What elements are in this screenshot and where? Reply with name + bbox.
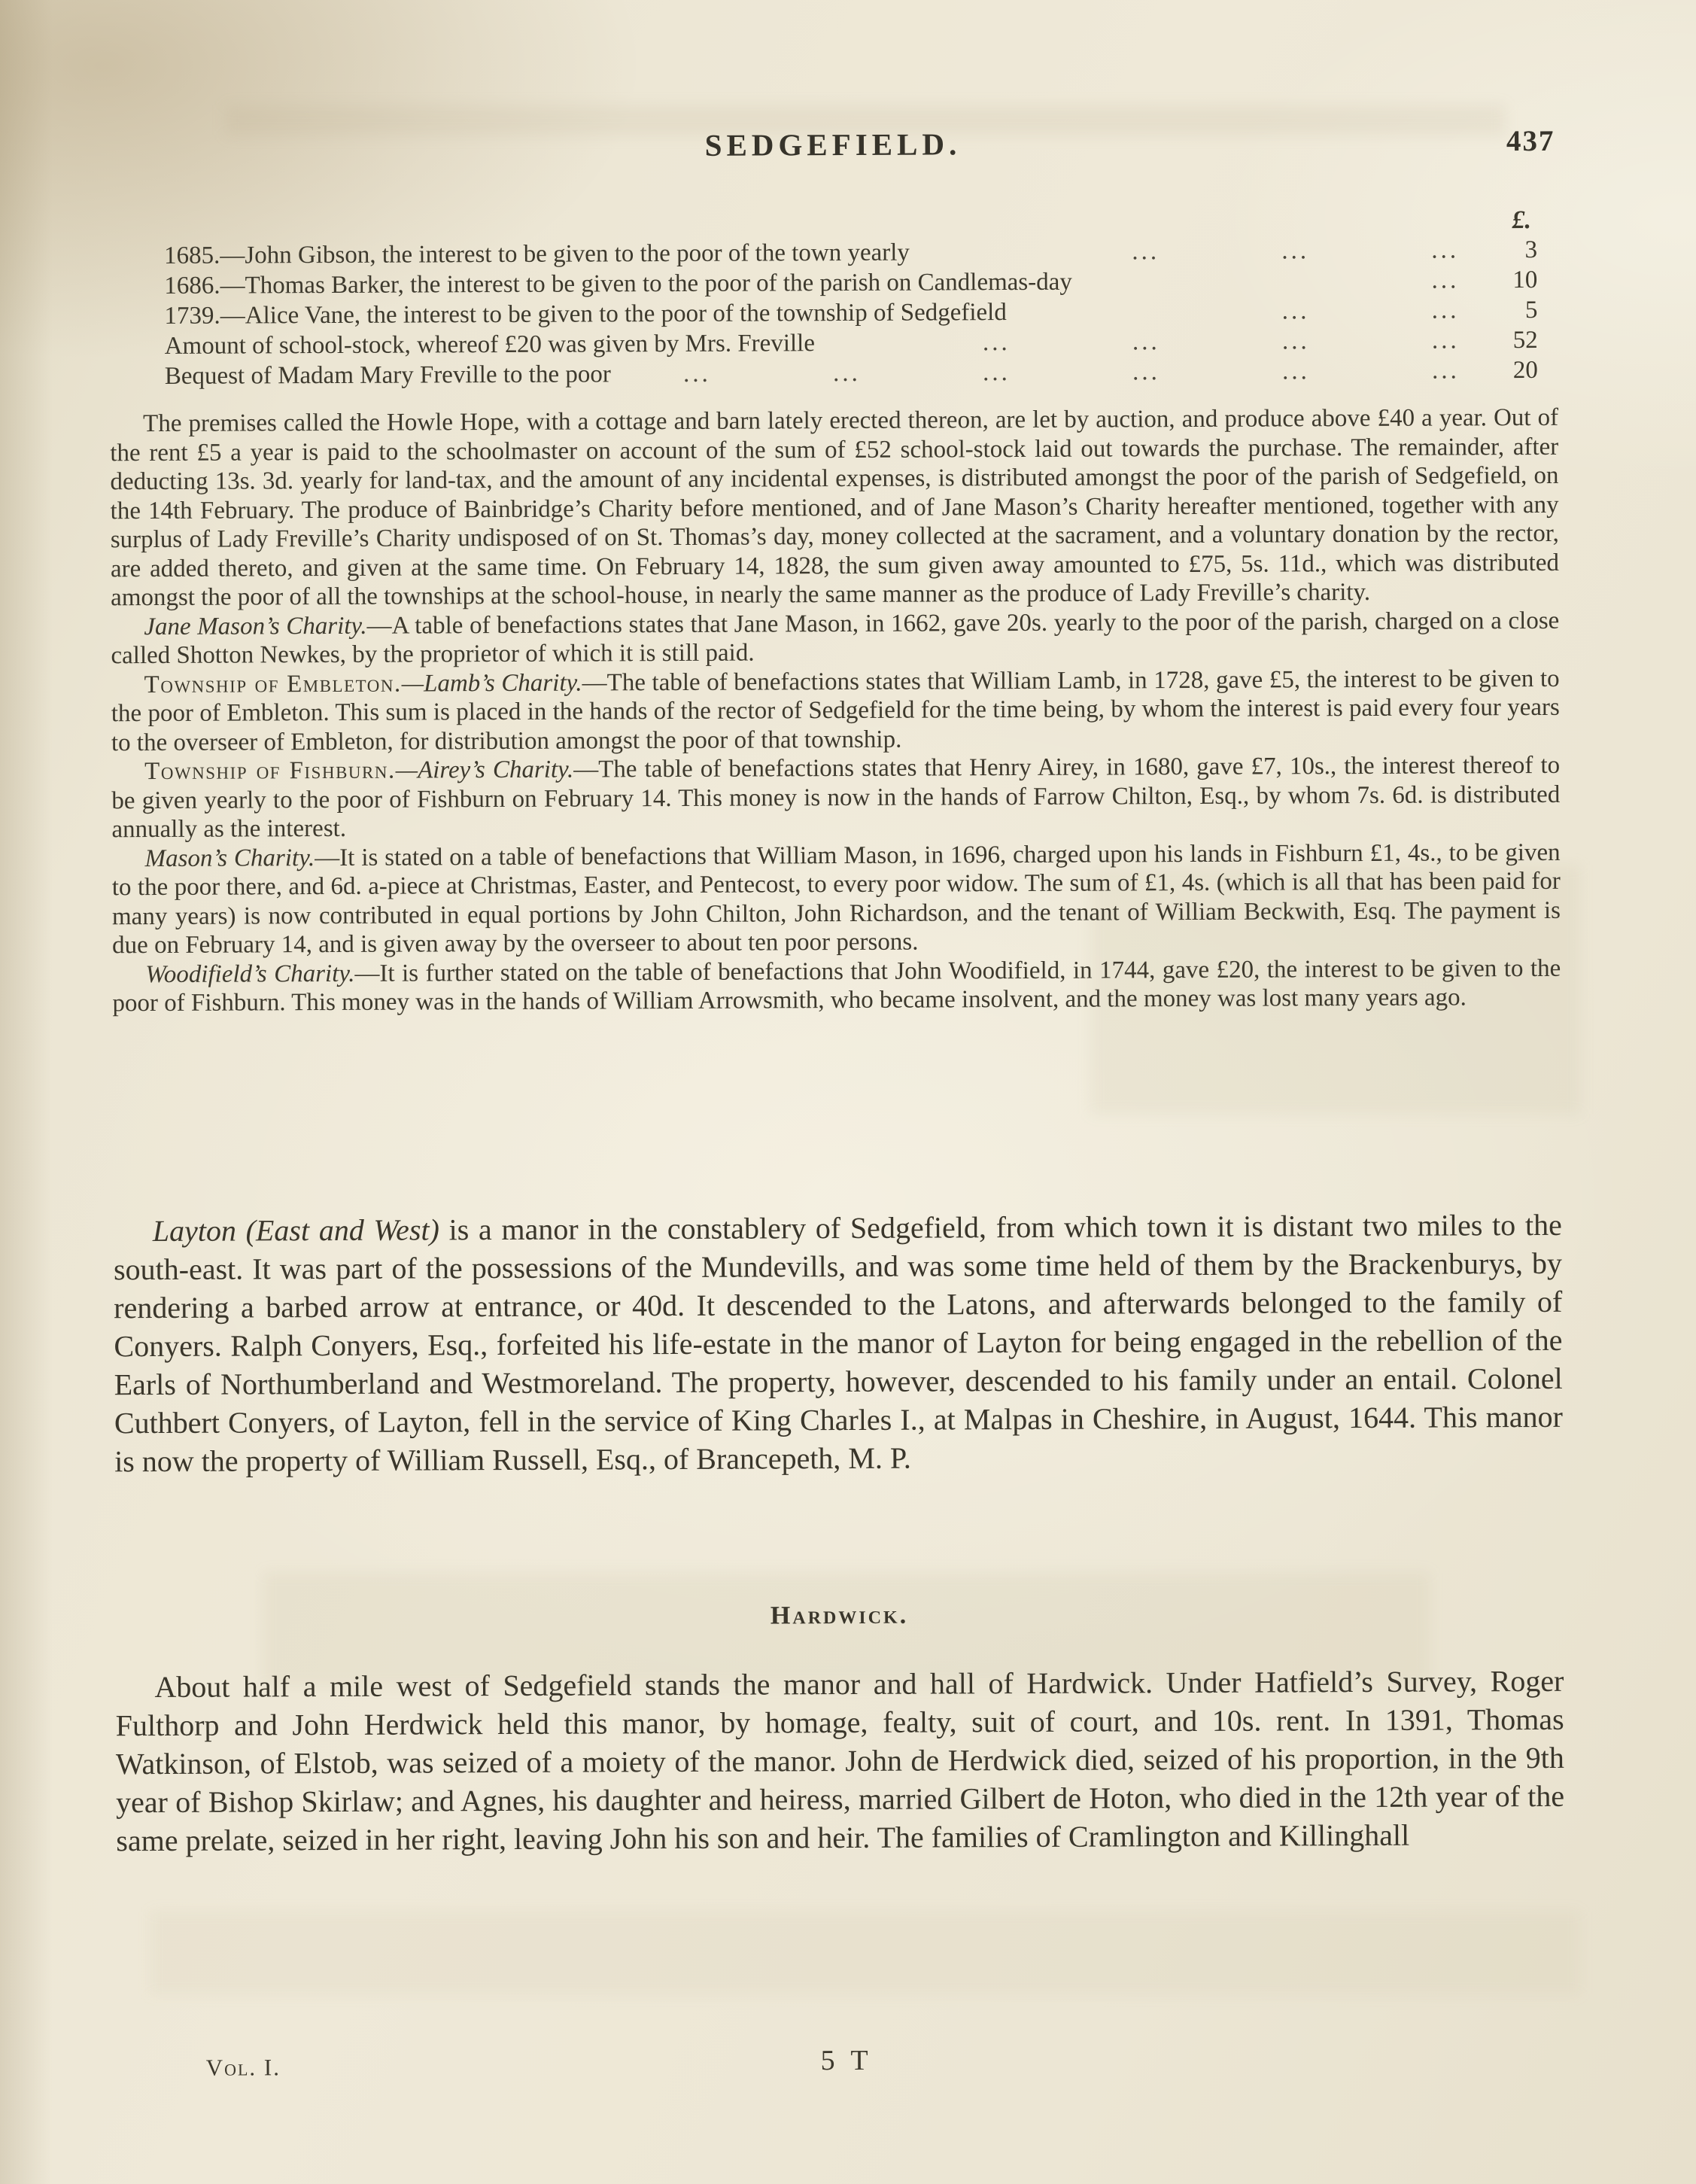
paragraph-text: is a manor in the constablery of Sedgefi… — [114, 1208, 1563, 1478]
row-amount: 20 — [1479, 355, 1538, 385]
row-label: 1685.—John Gibson, the interest to be gi… — [164, 238, 910, 271]
book-page: SEDGEFIELD. 437 £. 1685.—John Gibson, th… — [0, 0, 1696, 2184]
charity-name-italic: Jane Mason’s Charity. — [144, 612, 366, 640]
signature-mark: 5 T — [821, 2044, 873, 2077]
paragraph-howle-hope: The premises called the Howle Hope, with… — [110, 403, 1559, 613]
charity-name-italic: —Airey’s Charity. — [396, 756, 574, 784]
row-amount: 10 — [1479, 265, 1537, 295]
paragraph-text: —It is stated on a table of benefactions… — [112, 838, 1561, 959]
page-content: SEDGEFIELD. 437 £. 1685.—John Gibson, th… — [0, 0, 1696, 2184]
row-label: 1686.—Thomas Barker, the interest to be … — [164, 267, 1072, 301]
dot-leader: ... ... ... — [910, 235, 1479, 267]
dot-leader: ... ... ... ... — [815, 325, 1479, 358]
dot-leader: ... ... — [1007, 295, 1479, 327]
row-label: 1739.—Alice Vane, the interest to be giv… — [164, 297, 1006, 331]
layton-text-block: Layton (East and West) is a manor in the… — [114, 1206, 1564, 1480]
dot-leader: ... ... ... ... ... ... — [611, 355, 1479, 389]
paragraph-text: About half a mile west of Sedgefield sta… — [116, 1664, 1565, 1857]
row-label: Amount of school-stock, whereof £20 was … — [165, 328, 815, 361]
page-title: SEDGEFIELD. — [108, 123, 1557, 166]
volume-label: Vol. I. — [206, 2054, 281, 2081]
dot-leader: ... — [1072, 265, 1479, 297]
township-name-smallcaps: Township of Embleton. — [144, 670, 402, 698]
paragraph-embleton-lamb-charity: Township of Embleton.—Lamb’s Charity.—Th… — [111, 664, 1560, 757]
row-amount: 5 — [1479, 295, 1537, 325]
row-amount: 3 — [1479, 235, 1537, 265]
charities-text-block: The premises called the Howle Hope, with… — [110, 403, 1561, 1018]
charity-name-italic: —Lamb’s Charity. — [402, 669, 582, 697]
paragraph-fishburn-airey-charity: Township of Fishburn.—Airey’s Charity.—T… — [111, 751, 1560, 844]
paragraph-woodifield-charity: Woodifield’s Charity.—It is further stat… — [112, 954, 1561, 1017]
manor-name-italic: Layton (East and West) — [153, 1212, 439, 1248]
paragraph-jane-mason-charity: Jane Mason’s Charity.—A table of benefac… — [111, 606, 1559, 670]
hardwick-text-block: About half a mile west of Sedgefield sta… — [115, 1662, 1564, 1860]
township-name-smallcaps: Township of Fishburn. — [144, 757, 396, 785]
running-head: SEDGEFIELD. 437 — [108, 123, 1557, 175]
paragraph-layton-manor: Layton (East and West) is a manor in the… — [114, 1206, 1564, 1480]
charity-name-italic: Mason’s Charity. — [145, 844, 315, 872]
charity-name-italic: Woodifield’s Charity. — [145, 960, 354, 987]
row-label: Bequest of Madam Mary Freville to the po… — [165, 359, 611, 391]
section-heading-hardwick: Hardwick. — [115, 1598, 1564, 1633]
paragraph-text: The premises called the Howle Hope, with… — [110, 404, 1559, 611]
paragraph-mason-charity: Mason’s Charity.—It is stated on a table… — [112, 838, 1561, 960]
table-row: Bequest of Madam Mary Freville to the po… — [165, 355, 1538, 391]
row-amount: 52 — [1479, 325, 1538, 355]
page-number: 437 — [1506, 124, 1555, 158]
paragraph-hardwick-manor: About half a mile west of Sedgefield sta… — [115, 1662, 1564, 1860]
benefactions-table: 1685.—John Gibson, the interest to be gi… — [164, 235, 1538, 391]
